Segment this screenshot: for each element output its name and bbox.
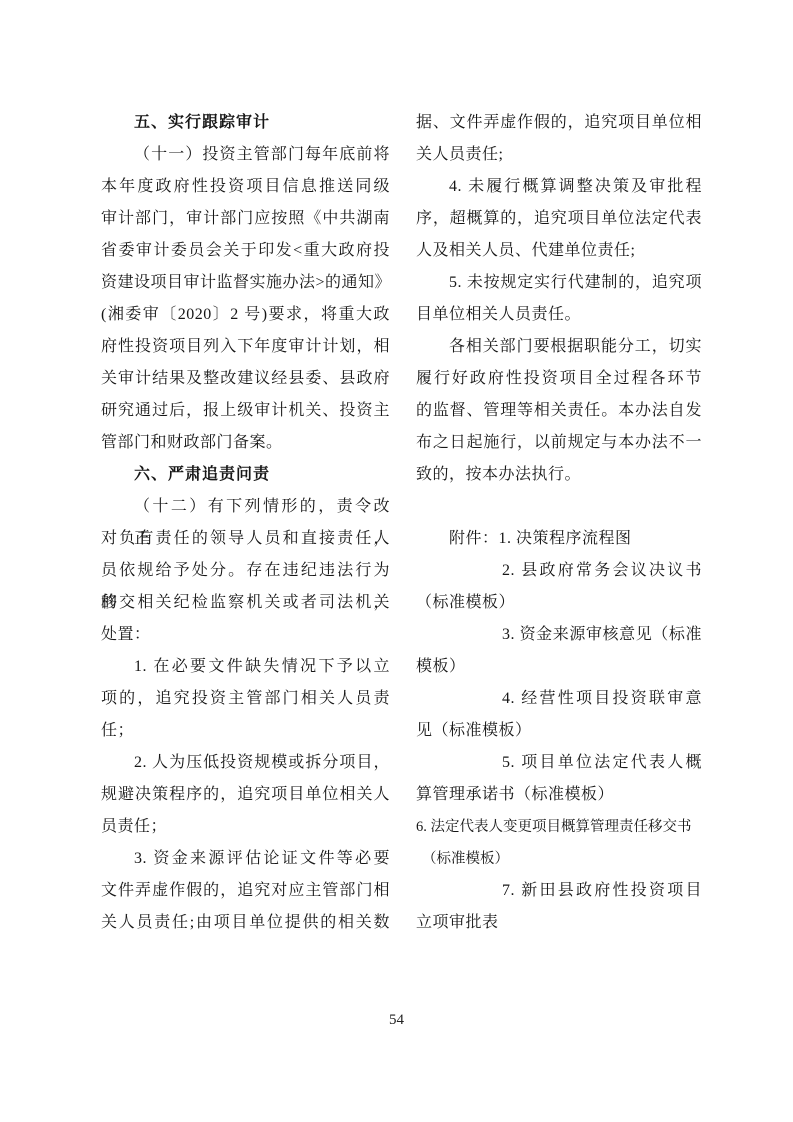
text-line: 3. 资金来源审核意见（标准: [416, 619, 702, 651]
text-line: 规避决策程序的，追究项目单位相关人: [101, 779, 390, 811]
section-heading: 六、严肃追责问责: [101, 459, 390, 491]
text-line: 序，超概算的，追究项目单位法定代表: [416, 203, 702, 235]
text-line: 移交相关纪检监察机关或者司法机关: [101, 587, 390, 619]
text-line: 关人员责任;由项目单位提供的相关数: [101, 907, 390, 939]
text-line: 员依规给予处分。存在违纪违法行为的，: [101, 555, 390, 587]
text-line: 附件：1. 决策程序流程图: [416, 523, 702, 555]
text-line: 2. 县政府常务会议决议书: [416, 555, 702, 587]
text-line: 6. 法定代表人变更项目概算管理责任移交书: [416, 811, 702, 843]
text-line: 的监督、管理等相关责任。本办法自发: [416, 395, 702, 427]
text-line: 省委审计委员会关于印发<重大政府投: [101, 235, 390, 267]
text-line: 5. 未按规定实行代建制的，追究项: [416, 267, 702, 299]
text-line: 4. 经营性项目投资联审意: [416, 683, 702, 715]
text-line: （十二）有下列情形的，责令改正，: [101, 491, 390, 523]
text-line: 管部门和财政部门备案。: [101, 427, 390, 459]
text-line: 目单位相关人员责任。: [416, 299, 702, 331]
text-line: 4. 未履行概算调整决策及审批程: [416, 171, 702, 203]
text-line: 布之日起施行，以前规定与本办法不一: [416, 427, 702, 459]
page-number: 54: [0, 1008, 793, 1032]
text-line: 研究通过后，报上级审计机关、投资主: [101, 395, 390, 427]
text-line: 致的，按本办法执行。: [416, 459, 702, 491]
text-line: 本年度政府性投资项目信息推送同级: [101, 171, 390, 203]
text-line: 1. 在必要文件缺失情况下予以立: [101, 651, 390, 683]
text-line: (湘委审〔2020〕2 号)要求，将重大政: [101, 299, 390, 331]
text-line: 员责任；: [101, 811, 390, 843]
text-line: 审计部门，审计部门应按照《中共湖南: [101, 203, 390, 235]
text-line: 履行好政府性投资项目全过程各环节: [416, 363, 702, 395]
text-line: 项的，追究投资主管部门相关人员责: [101, 683, 390, 715]
text-line: 模板）: [416, 651, 702, 683]
text-line: 资建设项目审计监督实施办法>的通知》: [101, 267, 390, 299]
text-line: 关人员责任;: [416, 139, 702, 171]
text-line: 各相关部门要根据职能分工，切实: [416, 331, 702, 363]
text-line: （标准模板）: [416, 843, 702, 875]
text-line: 3. 资金来源评估论证文件等必要: [101, 843, 390, 875]
text-line: （标准模板）: [416, 587, 702, 619]
text-line: （十一）投资主管部门每年底前将: [101, 139, 390, 171]
text-line: 7. 新田县政府性投资项目: [416, 875, 702, 907]
text-line: 据、文件弄虚作假的，追究项目单位相: [416, 107, 702, 139]
text-line: 立项审批表: [416, 907, 702, 939]
text-line: 算管理承诺书（标准模板）: [416, 779, 702, 811]
section-heading: 五、实行跟踪审计: [101, 107, 390, 139]
text-line: 任；: [101, 715, 390, 747]
blank-line: [416, 491, 702, 523]
document-page: 五、实行跟踪审计（十一）投资主管部门每年底前将本年度政府性投资项目信息推送同级审…: [0, 0, 793, 1122]
text-line: 处置：: [101, 619, 390, 651]
text-line: 人及相关人员、代建单位责任;: [416, 235, 702, 267]
text-line: 5. 项目单位法定代表人概: [416, 747, 702, 779]
right-column: 据、文件弄虚作假的，追究项目单位相关人员责任;4. 未履行概算调整决策及审批程序…: [416, 107, 702, 939]
text-line: 府性投资项目列入下年度审计计划，相: [101, 331, 390, 363]
text-line: 2. 人为压低投资规模或拆分项目，: [101, 747, 390, 779]
text-line: 文件弄虚作假的，追究对应主管部门相: [101, 875, 390, 907]
text-line: 关审计结果及整改建议经县委、县政府: [101, 363, 390, 395]
text-line: 对负有责任的领导人员和直接责任人: [101, 523, 390, 555]
text-line: 见（标准模板）: [416, 715, 702, 747]
left-column: 五、实行跟踪审计（十一）投资主管部门每年底前将本年度政府性投资项目信息推送同级审…: [101, 107, 390, 939]
